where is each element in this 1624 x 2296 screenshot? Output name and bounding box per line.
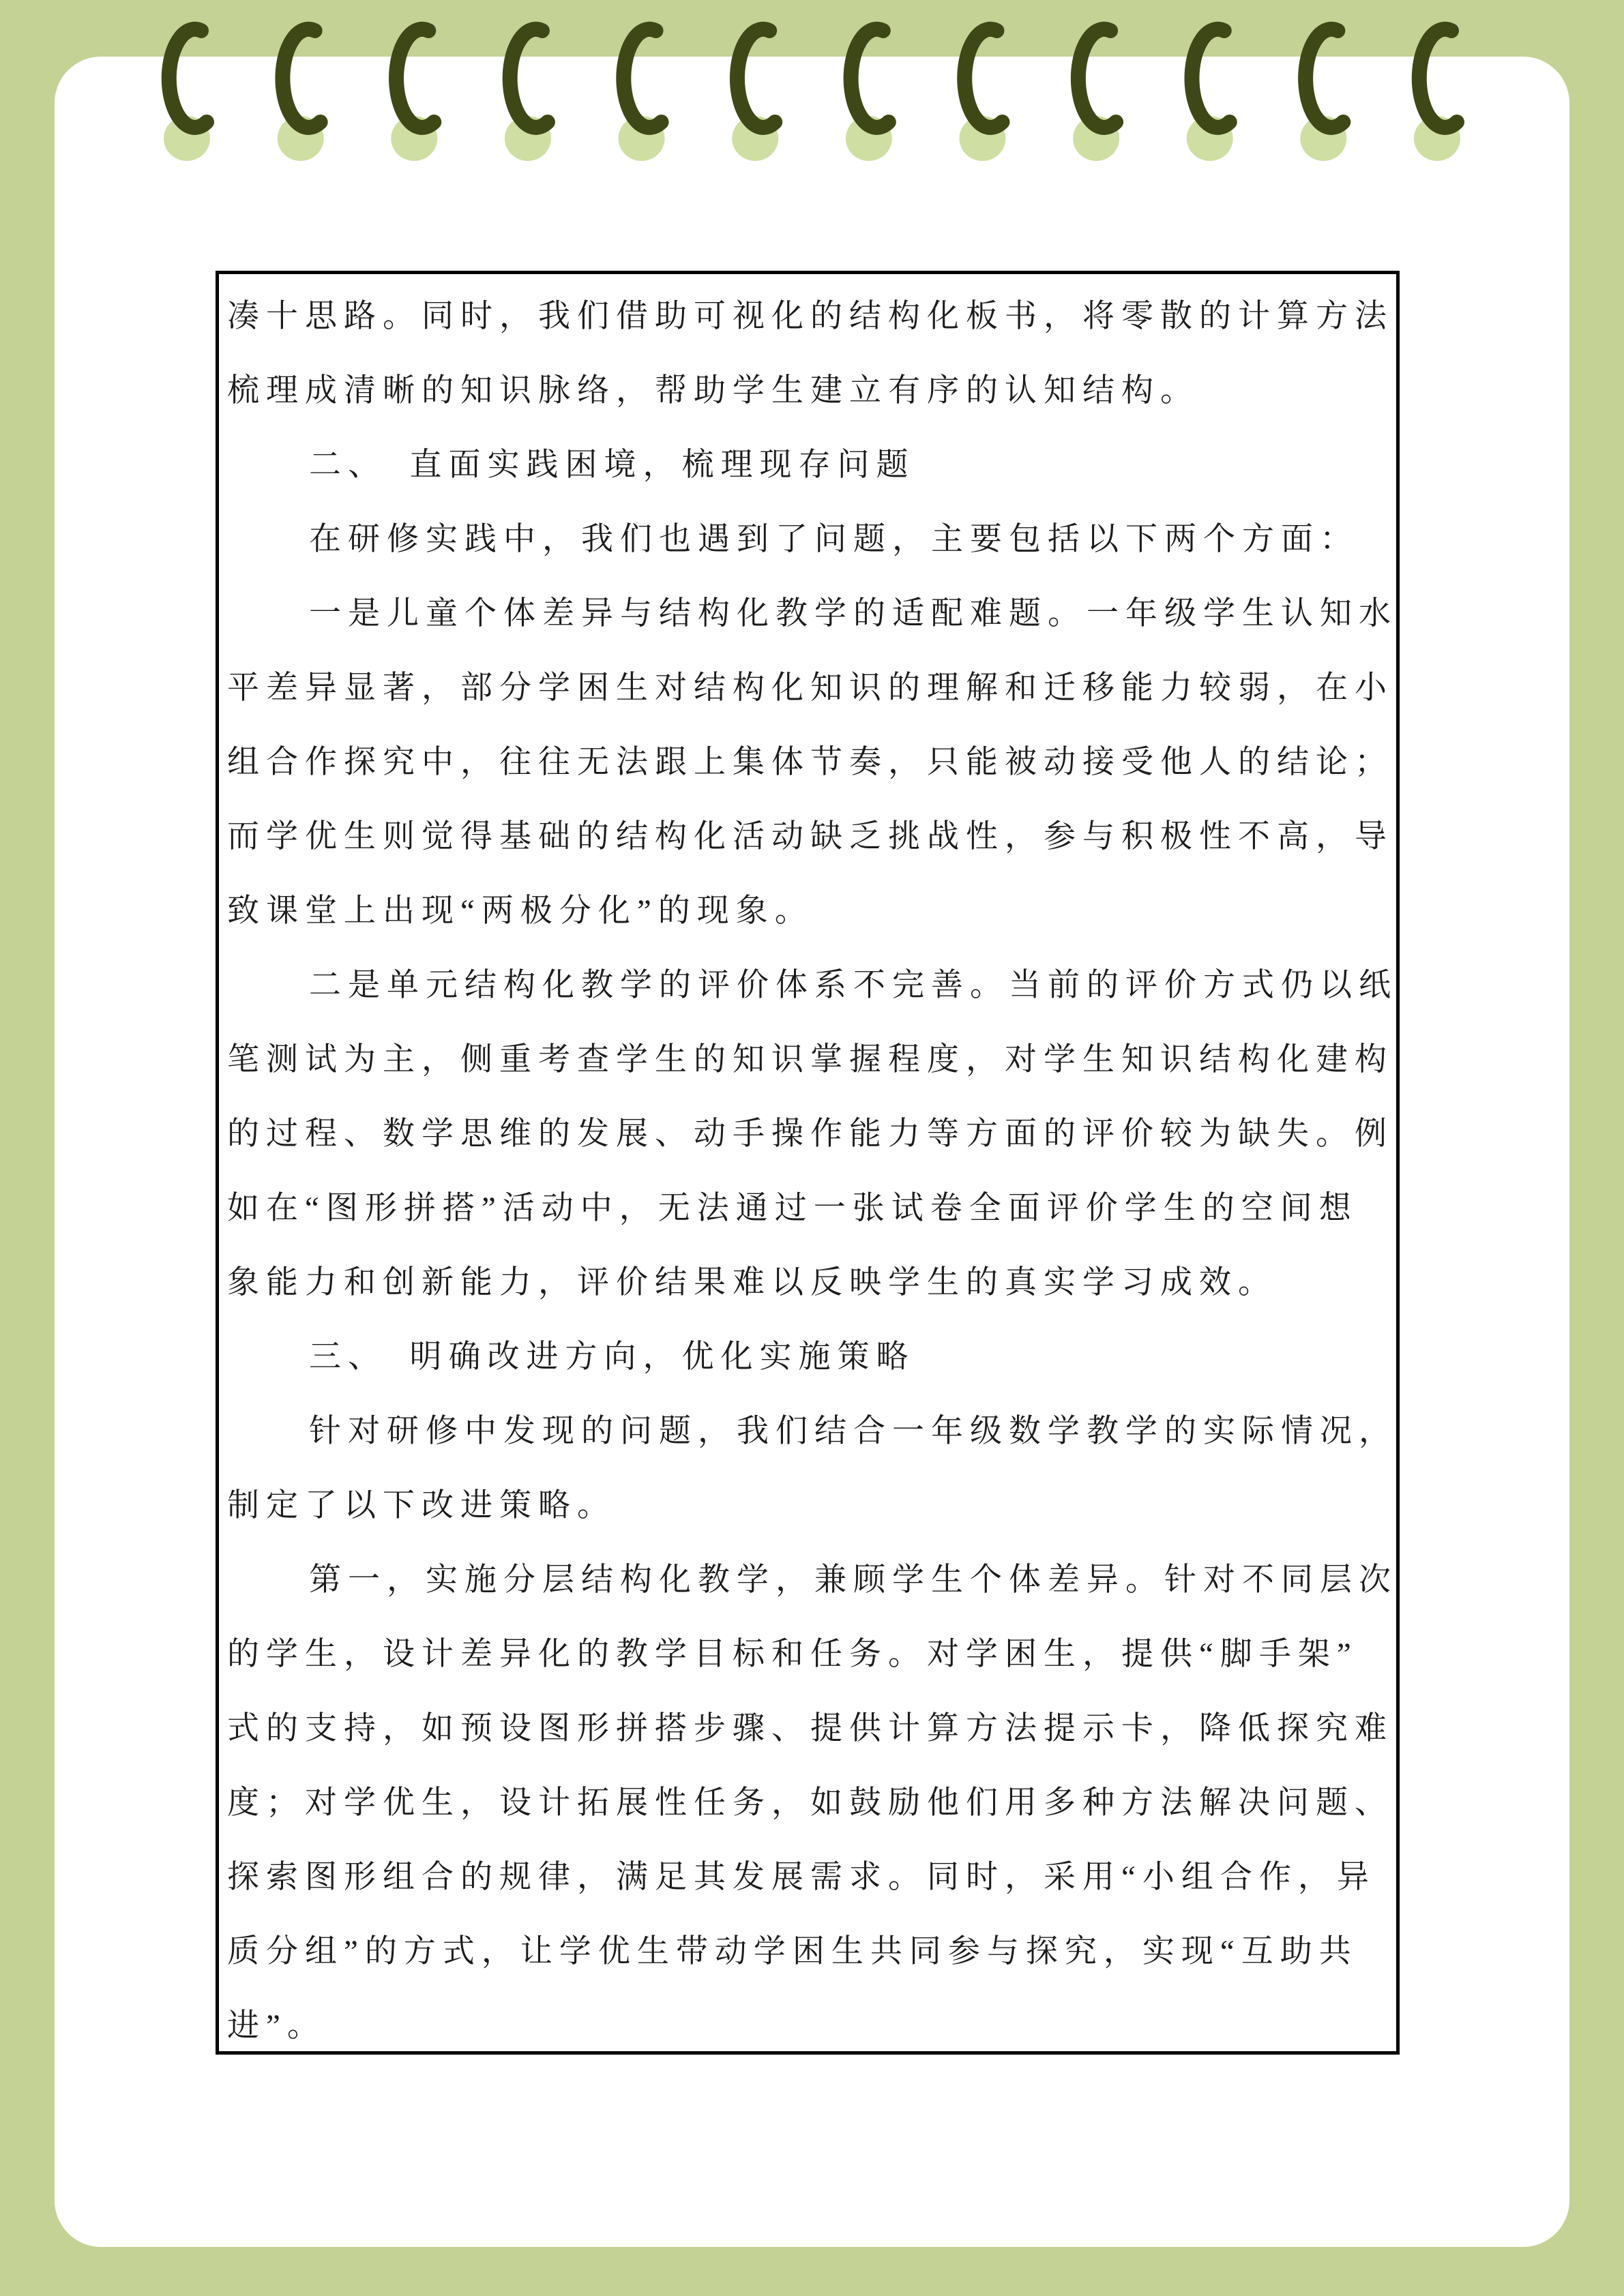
- text-line: 梳理成清晰的知识脉络，帮助学生建立有序的认知结构。: [227, 354, 1391, 428]
- text-line: 笔测试为主，侧重考查学生的知识掌握程度，对学生知识结构化建构: [227, 1023, 1391, 1097]
- text-line: 制定了以下改进策略。: [227, 1469, 1391, 1543]
- text-line: 的过程、数学思维的发展、动手操作能力等方面的评价较为缺失。例: [227, 1097, 1391, 1172]
- text-line: 三、 明确改进方向，优化实施策略: [227, 1320, 1391, 1395]
- text-line: 致课堂上出现“两极分化”的现象。: [227, 874, 1391, 949]
- text-line: 二是单元结构化教学的评价体系不完善。当前的评价方式仍以纸: [227, 949, 1391, 1023]
- text-line: 而学优生则觉得基础的结构化活动缺乏挑战性，参与积极性不高，导: [227, 800, 1391, 874]
- text-line: 质分组”的方式，让学优生带动学困生共同参与探究，实现“互助共: [227, 1915, 1391, 1989]
- spiral-ring-icon: [282, 29, 320, 128]
- spiral-ring-icon: [1192, 29, 1229, 128]
- text-line: 针对研修中发现的问题，我们结合一年级数学教学的实际情况，: [227, 1395, 1391, 1469]
- spiral-ring-icon: [851, 29, 889, 128]
- text-line: 平差异显著，部分学困生对结构化知识的理解和迁移能力较弱，在小: [227, 651, 1391, 726]
- spiral-ring-icon: [964, 29, 1002, 128]
- text-line: 组合作探究中，往往无法跟上集体节奏，只能被动接受他人的结论；: [227, 726, 1391, 800]
- text-line: 凑十思路。同时，我们借助可视化的结构化板书，将零散的计算方法: [227, 280, 1391, 354]
- spiral-ring-icon: [623, 29, 661, 128]
- spiral-ring-icon: [1078, 29, 1116, 128]
- text-line: 第一，实施分层结构化教学，兼顾学生个体差异。针对不同层次: [227, 1543, 1391, 1617]
- text-line: 探索图形组合的规律，满足其发展需求。同时，采用“小组合作，异: [227, 1840, 1391, 1915]
- text-line: 式的支持，如预设图形拼搭步骤、提供计算方法提示卡，降低探究难: [227, 1692, 1391, 1766]
- text-line: 的学生，设计差异化的教学目标和任务。对学困生，提供“脚手架”: [227, 1617, 1391, 1692]
- spiral-binding: [0, 0, 1624, 191]
- spiral-ring-icon: [1419, 29, 1457, 128]
- text-line: 度；对学优生，设计拓展性任务，如鼓励他们用多种方法解决问题、: [227, 1766, 1391, 1840]
- document-text-frame: 凑十思路。同时，我们借助可视化的结构化板书，将零散的计算方法梳理成清晰的知识脉络…: [216, 271, 1400, 2055]
- text-line: 如在“图形拼搭”活动中，无法通过一张试卷全面评价学生的空间想: [227, 1172, 1391, 1246]
- text-line: 一是儿童个体差异与结构化教学的适配难题。一年级学生认知水: [227, 577, 1391, 651]
- spiral-ring-icon: [510, 29, 548, 128]
- spiral-ring-icon: [396, 29, 434, 128]
- spiral-ring-icon: [737, 29, 775, 128]
- text-line: 二、 直面实践困境，梳理现存问题: [227, 428, 1391, 503]
- notebook-page: { "page": { "background_color": "#c4d295…: [0, 0, 1624, 2296]
- spiral-ring-icon: [1305, 29, 1343, 128]
- spiral-ring-icon: [169, 29, 207, 128]
- text-line: 进”。: [227, 1989, 1391, 2055]
- document-lines: 凑十思路。同时，我们借助可视化的结构化板书，将零散的计算方法梳理成清晰的知识脉络…: [227, 280, 1391, 2055]
- text-line: 象能力和创新能力，评价结果难以反映学生的真实学习成效。: [227, 1246, 1391, 1320]
- text-line: 在研修实践中，我们也遇到了问题，主要包括以下两个方面：: [227, 503, 1391, 577]
